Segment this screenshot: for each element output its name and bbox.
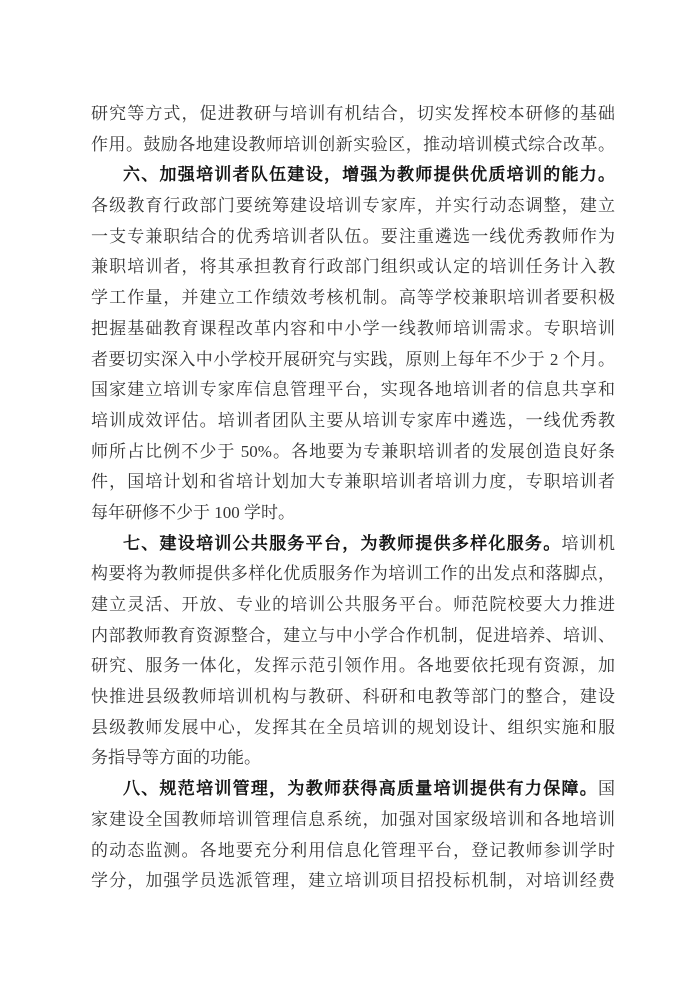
text-line: 者要切实深入中小学校开展研究与实践，原则上每年不少于 2 个月。 <box>91 345 615 376</box>
text-line: 研究等方式，促进教研与培训有机结合，切实发挥校本研修的基础 <box>91 99 615 130</box>
text-run: 培训机 <box>561 534 615 553</box>
text-line: 学工作量，并建立工作绩效考核机制。高等学校兼职培训者要积极 <box>91 283 615 314</box>
section-8-heading-line: 八、规范培训管理，为教师获得高质量培训提供有力保障。国 <box>91 774 615 805</box>
text-run: 国 <box>598 779 615 798</box>
text-line: 家建设全国教师培训管理信息系统，加强对国家级培训和各地培训 <box>91 805 615 836</box>
text-line: 的动态监测。各地要充分利用信息化管理平台，登记教师参训学时 <box>91 836 615 867</box>
section-7-heading-line: 七、建设培训公共服务平台，为教师提供多样化服务。培训机 <box>91 529 615 560</box>
section-7-heading: 七、建设培训公共服务平台，为教师提供多样化服务。 <box>123 534 561 553</box>
text-line: 构要将为教师提供多样化优质服务作为培训工作的出发点和落脚点， <box>91 559 615 590</box>
text-line: 件，国培计划和省培计划加大专兼职培训者培训力度，专职培训者 <box>91 467 615 498</box>
paragraph-last-line: 每年研修不少于 100 学时。 <box>91 498 615 529</box>
text-line: 建立灵活、开放、专业的培训公共服务平台。师范院校要大力推进 <box>91 590 615 621</box>
text-line: 县级教师发展中心，发挥其在全员培训的规划设计、组织实施和服 <box>91 713 615 744</box>
text-line: 把握基础教育课程改革内容和中小学一线教师培训需求。专职培训 <box>91 314 615 345</box>
text-line: 作用。鼓励各地建设教师培训创新实验区，推动培训模式综合改革。 <box>91 130 615 161</box>
text-line: 兼职培训者，将其承担教育行政部门组织或认定的培训任务计入教 <box>91 252 615 283</box>
text-line: 快推进县级教师培训机构与教研、科研和电教等部门的整合，建设 <box>91 682 615 713</box>
text-line: 培训成效评估。培训者团队主要从培训专家库中遴选，一线优秀教 <box>91 406 615 437</box>
text-line: 内部教师教育资源整合，建立与中小学合作机制，促进培养、培训、 <box>91 621 615 652</box>
text-line: 学分，加强学员选派管理，建立培训项目招投标机制，对培训经费 <box>91 866 615 897</box>
text-line: 一支专兼职结合的优秀培训者队伍。要注重遴选一线优秀教师作为 <box>91 222 615 253</box>
section-8-heading: 八、规范培训管理，为教师获得高质量培训提供有力保障。 <box>123 779 598 798</box>
document-page: 研究等方式，促进教研与培训有机结合，切实发挥校本研修的基础 作用。鼓励各地建设教… <box>0 0 700 993</box>
section-6-heading-line: 六、加强培训者队伍建设，增强为教师提供优质培训的能力。 <box>91 160 615 191</box>
document-body: 研究等方式，促进教研与培训有机结合，切实发挥校本研修的基础 作用。鼓励各地建设教… <box>91 99 615 897</box>
text-line: 各级教育行政部门要统筹建设培训专家库，并实行动态调整，建立 <box>91 191 615 222</box>
section-6-heading: 六、加强培训者队伍建设，增强为教师提供优质培训的能力。 <box>123 165 615 184</box>
text-line: 师所占比例不少于 50%。各地要为专兼职培训者的发展创造良好条 <box>91 437 615 468</box>
paragraph-last-line: 务指导等方面的功能。 <box>91 743 615 774</box>
text-line: 研究、服务一体化，发挥示范引领作用。各地要依托现有资源，加 <box>91 651 615 682</box>
text-line: 国家建立培训专家库信息管理平台，实现各地培训者的信息共享和 <box>91 375 615 406</box>
